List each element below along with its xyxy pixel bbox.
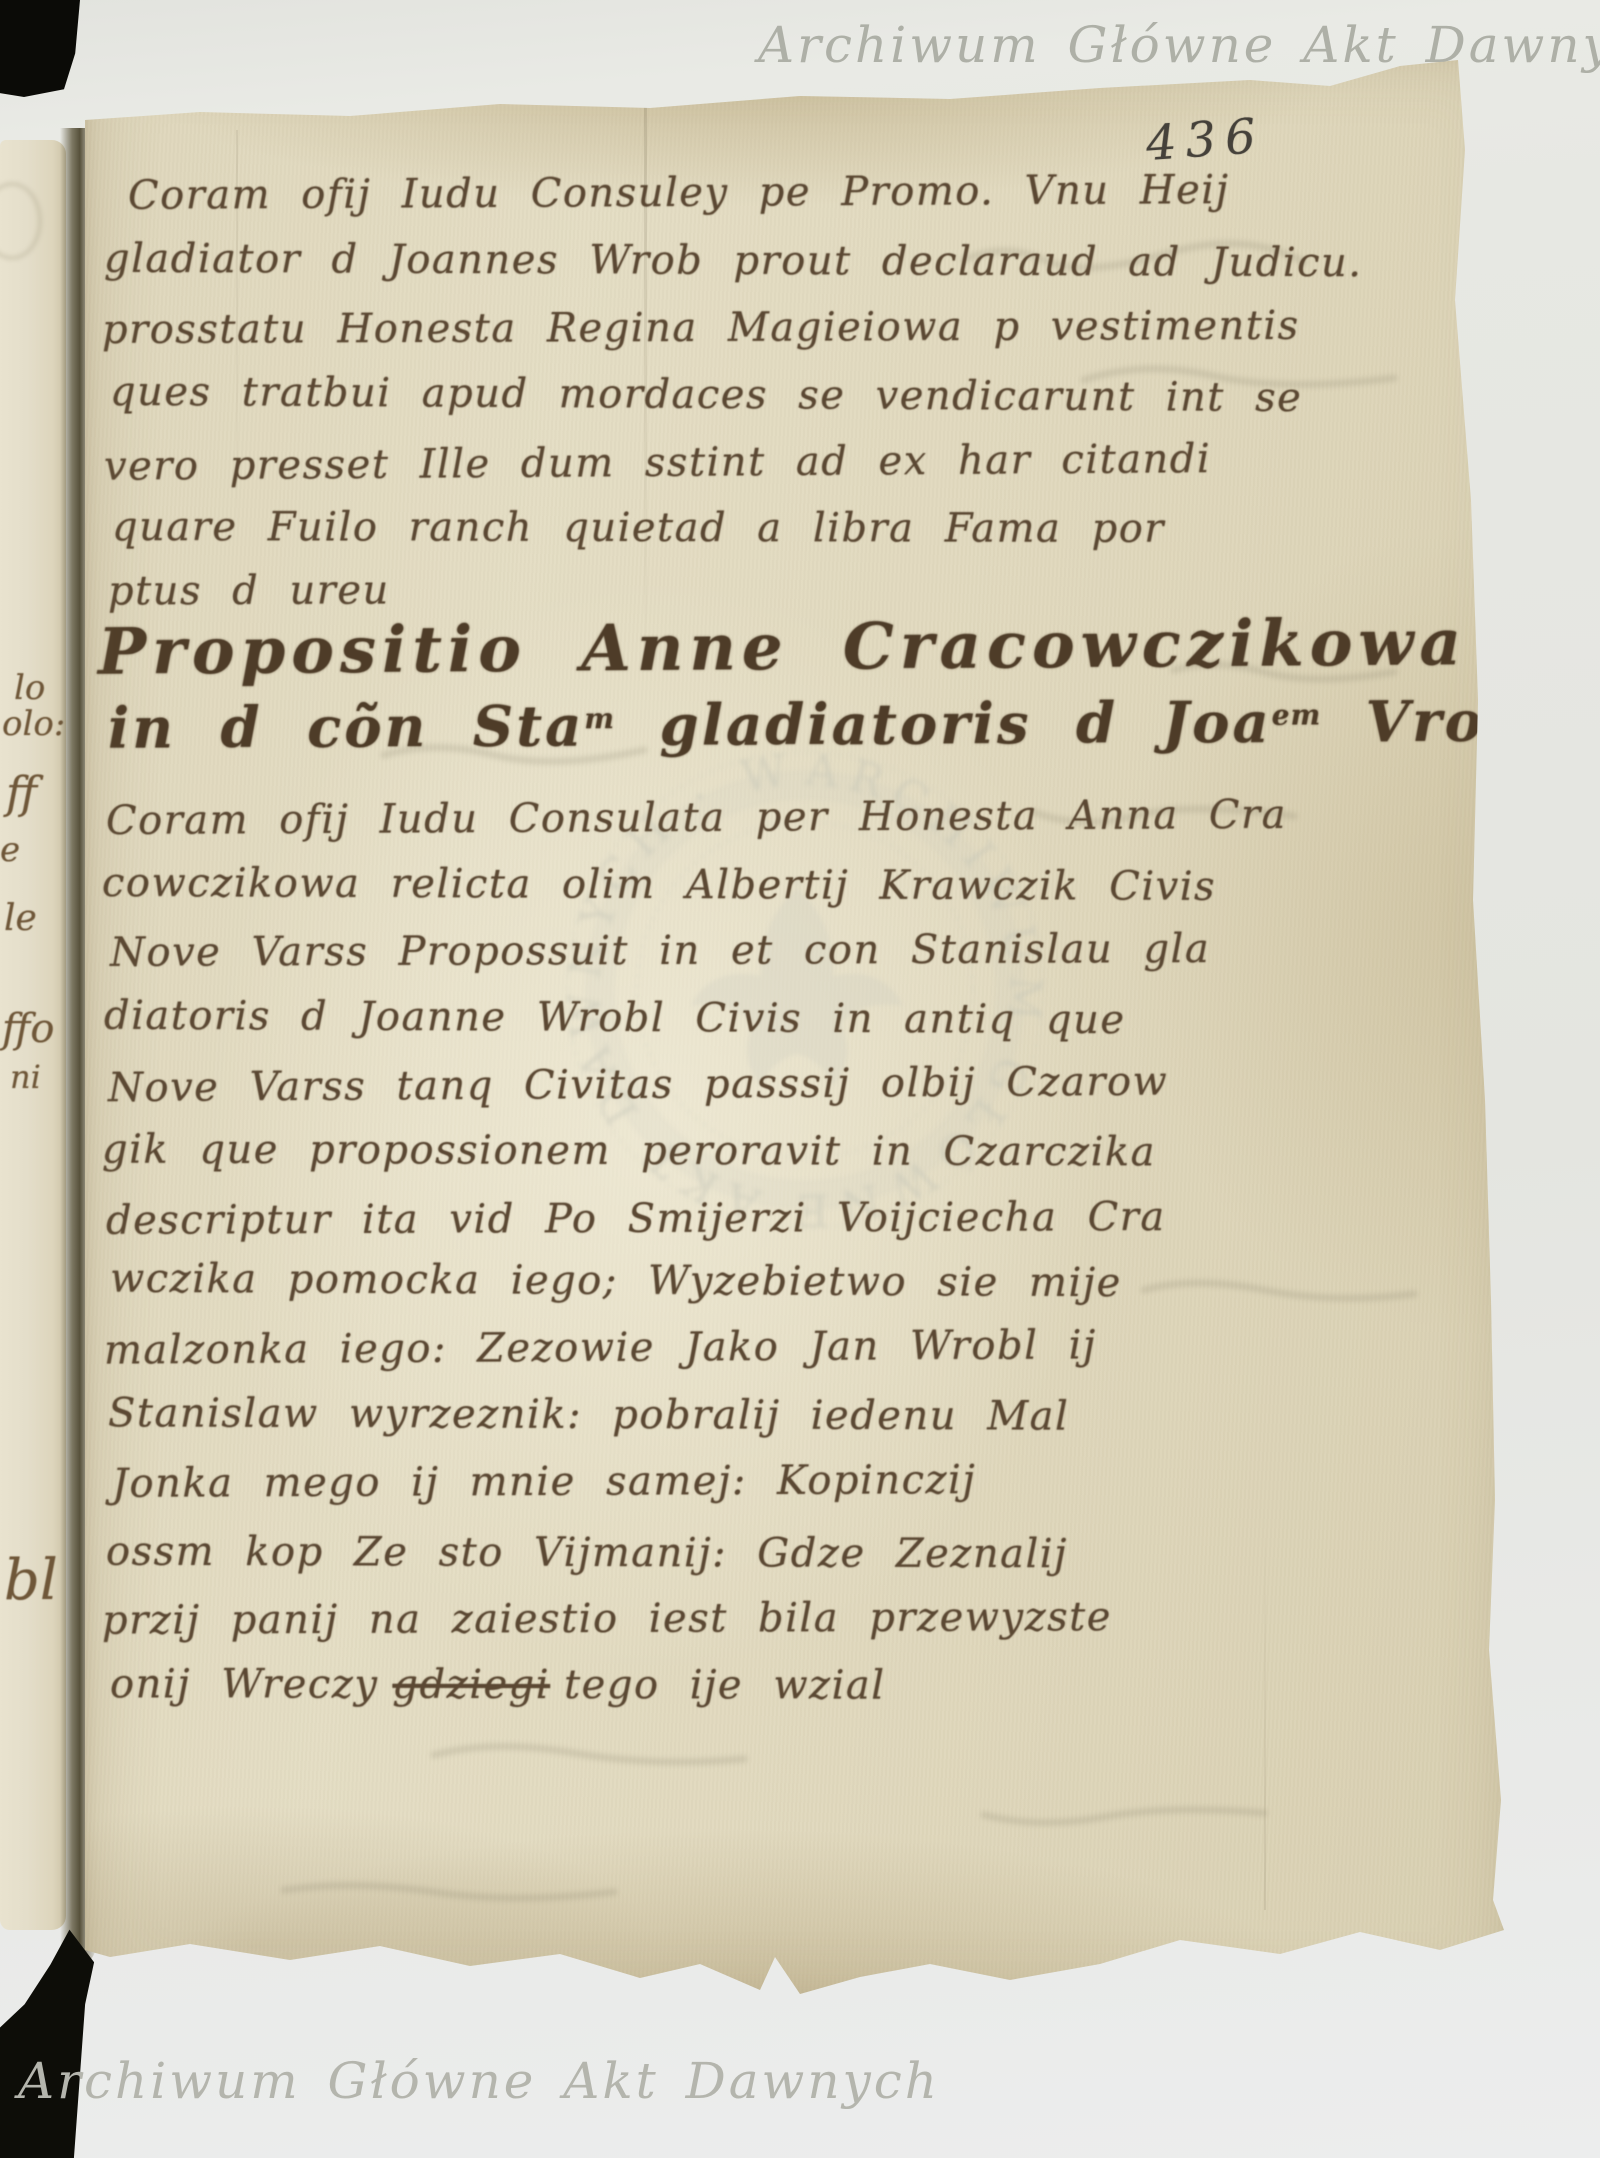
facing-page-ink-ghost [0, 182, 42, 260]
manuscript-line: gik que propossionem peroravit in Czarcz… [102, 1127, 1156, 1176]
margin-ink-fragment: ffo [2, 1006, 54, 1052]
manuscript-scan-root: lo olo: ff e le ffo ni bl ARCHIWUM GŁÓWN… [0, 0, 1600, 2158]
heading-segment: Vrobl [1366, 688, 1552, 755]
manuscript-line: cowczikowa relicta olim Albertij Krawczi… [102, 860, 1216, 910]
manuscript-line: wczika pomocka iego; Wyzebietwo sie mije [110, 1256, 1122, 1306]
margin-ink-fragment: ff [6, 768, 37, 819]
manuscript-page: ARCHIWUM GŁÓWNE AKT DAWNYCH · WARSZAWA ·… [84, 50, 1514, 2005]
manuscript-line-with-strikethrough: onij Wreczygdziegitego ije wzial [110, 1661, 886, 1708]
scan-black-corner-bottom-left [0, 1925, 112, 2158]
manuscript-line: gladiator d Joannes Wrob prout declaraud… [104, 236, 1363, 286]
entry-heading-line-1: Propositio Anne Cracowczikowa [98, 605, 1467, 690]
line-segment: tego ije wzial [564, 1662, 886, 1709]
manuscript-line: Coram ofij Iudu Consulata per Honesta An… [106, 792, 1287, 844]
manuscript-line: Stanislaw wyrzeznik: pobralij iedenu Mal [108, 1390, 1069, 1439]
manuscript-line: malzonka iego: Zezowie Jako Jan Wrobl ij [104, 1322, 1097, 1373]
manuscript-line: vero presset Ille dum sstint ad ex har c… [104, 436, 1211, 490]
facing-page-edge: lo olo: ff e le ffo ni bl [0, 140, 66, 1930]
manuscript-line: Coram ofij Iudu Consuley pe Promo. Vnu H… [128, 167, 1230, 219]
manuscript-line: diatoris d Joanne Wrobl Civis in antiq q… [104, 993, 1126, 1043]
margin-ink-fragment: e [0, 830, 20, 870]
margin-ink-fragment: le [4, 898, 37, 939]
margin-ink-fragment: bl [4, 1548, 58, 1613]
scan-black-corner-top-left [0, 0, 80, 97]
heading-segment: in d cõn Sta [108, 693, 585, 761]
manuscript-line: ptus d ureu [108, 568, 390, 615]
manuscript-line: ques tratbui apud mordaces se vendicarun… [110, 369, 1303, 421]
manuscript-line: quare Fuilo ranch quietad a libra Fama p… [112, 504, 1165, 552]
manuscript-line: descriptur ita vid Po Smijerzi Voijciech… [106, 1194, 1166, 1244]
archive-watermark-bottom: Archiwum Główne Akt Dawnych [18, 2052, 940, 2110]
manuscript-line: prosstatu Honesta Regina Magieiowa p ves… [102, 303, 1300, 353]
margin-ink-fragment: ni [10, 1058, 41, 1096]
archive-watermark-top: Archiwum Główne Akt Dawnych [758, 16, 1600, 74]
margin-ink-fragment: olo: [2, 704, 65, 744]
manuscript-line: Jonka mego ij mnie samej: Kopinczij [112, 1457, 976, 1507]
line-segment: onij Wreczy [110, 1661, 379, 1707]
heading-superscript: m [584, 702, 615, 735]
margin-ink-fragment: lo [14, 668, 45, 708]
heading-segment: gladiatoris d Joa [659, 690, 1272, 759]
manuscript-line: ossm kop Ze sto Vijmanij: Gdze Zeznalij [106, 1529, 1068, 1578]
manuscript-line: Nove Varss Propossuit in et con Stanisla… [110, 926, 1210, 976]
folio-number: 436 [1144, 108, 1266, 172]
struck-word: gdziegi [392, 1662, 550, 1708]
entry-heading-line-2: in d cõn Stam gladiatoris d Joaem Vrobl [108, 688, 1552, 762]
manuscript-line: przij panij na zaiestio iest bila przewy… [102, 1594, 1112, 1644]
manuscript-line: Nove Varss tanq Civitas passsij olbij Cz… [108, 1059, 1169, 1111]
heading-superscript: em [1272, 699, 1322, 732]
